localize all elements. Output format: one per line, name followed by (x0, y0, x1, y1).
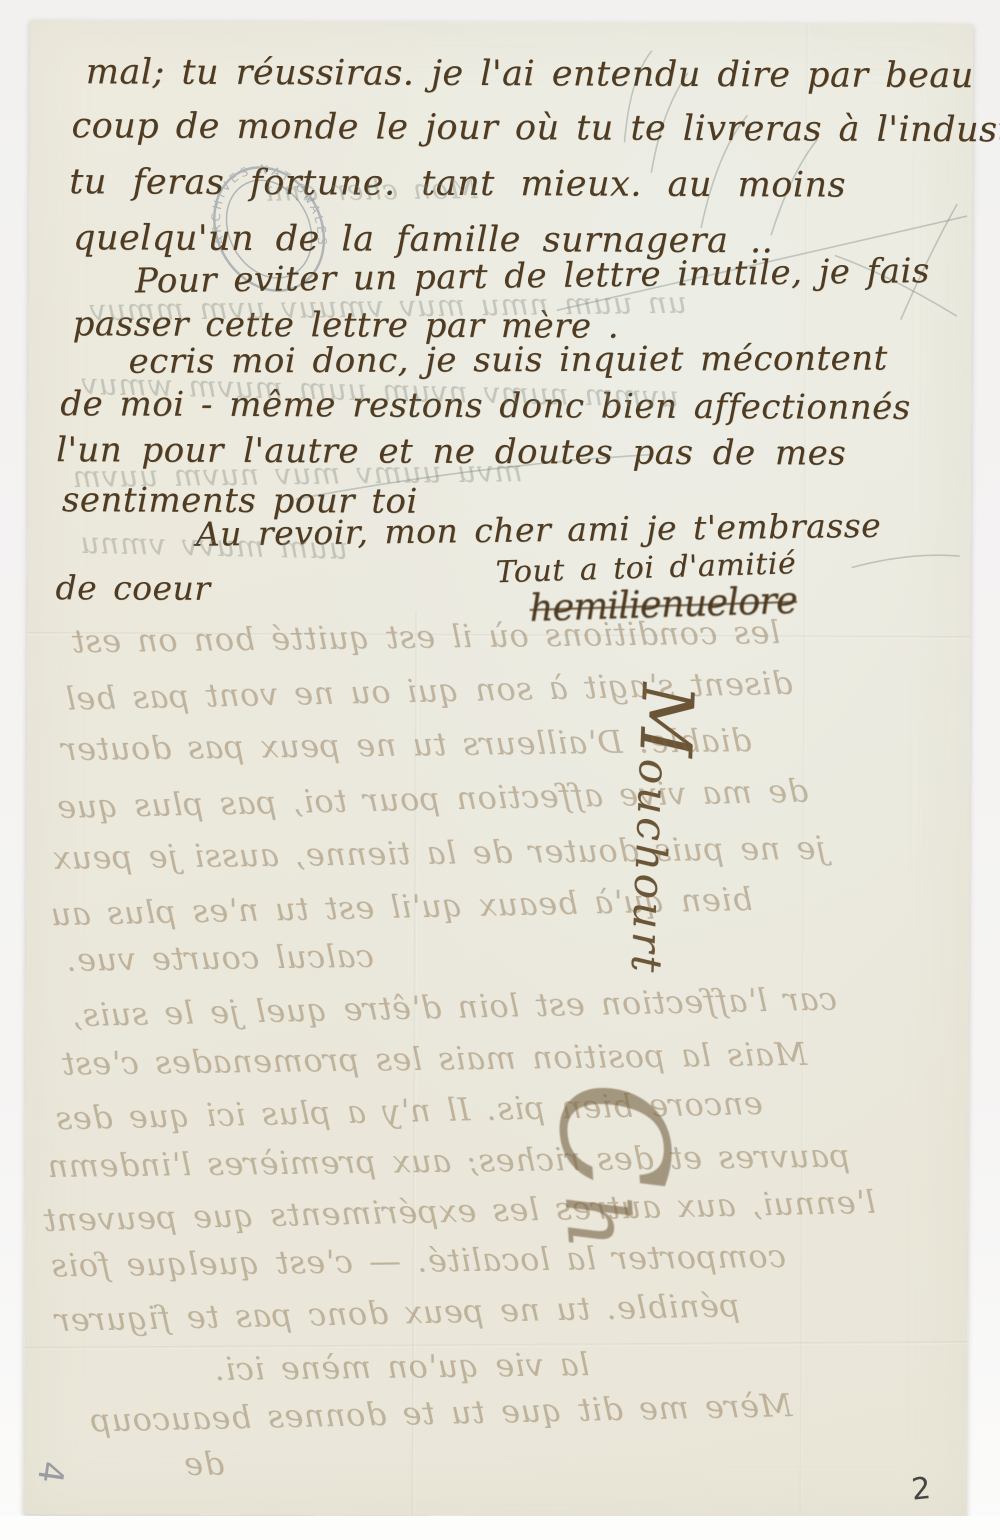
bleedthrough-line: comporter la localité. — c'est quelque f… (50, 1237, 786, 1285)
bleedthrough-line: l'ennui, aux autres les expériments que … (42, 1183, 876, 1239)
bleedthrough-line: Mère me dit que tu te donnes beaucoup (90, 1386, 793, 1439)
bleedthrough-line: je ne puis douter de la tienne, aussi je… (52, 829, 826, 877)
bleedthrough-line: car l'affection est loin d'être quel je … (71, 980, 837, 1035)
ghost-line: Mon cher ami (264, 172, 478, 208)
letter-line: mal; tu réussiras. je l'ai entendu dire … (86, 52, 974, 96)
ghost-line: mvu uumv muv nuvm uuvm (72, 454, 523, 495)
pencil-mark: 4 (29, 1459, 72, 1486)
page-number: 2 (910, 1471, 933, 1508)
scan-background (0, 1516, 1000, 1540)
bleedthrough-line: calcul courte vue. (66, 937, 375, 979)
letter-page: ARCHIVES NATIONALES mal; tu réussiras. j… (23, 20, 973, 1518)
bleedthrough-line: la vie qu'on mène ici. (214, 1345, 590, 1388)
bleedthrough-line: pauvres et des riches; aux premières l'i… (47, 1137, 851, 1186)
ghost-line: uum muvv vmnu (79, 526, 348, 567)
letter-line: de coeur (55, 568, 210, 608)
letter-line: coup de monde le jour où tu te livreras … (71, 106, 1000, 150)
bleedthrough-line: de (183, 1445, 224, 1484)
bleedthrough-line: pénible. tu ne peux donc pas te figurer (54, 1286, 740, 1339)
bleedthrough-line: Mais la position mais les promenades c'e… (61, 1035, 807, 1083)
fold-crease-vertical (799, 23, 809, 1517)
bleedthrough-line: les conditions où il est quitté bon on e… (71, 613, 780, 660)
